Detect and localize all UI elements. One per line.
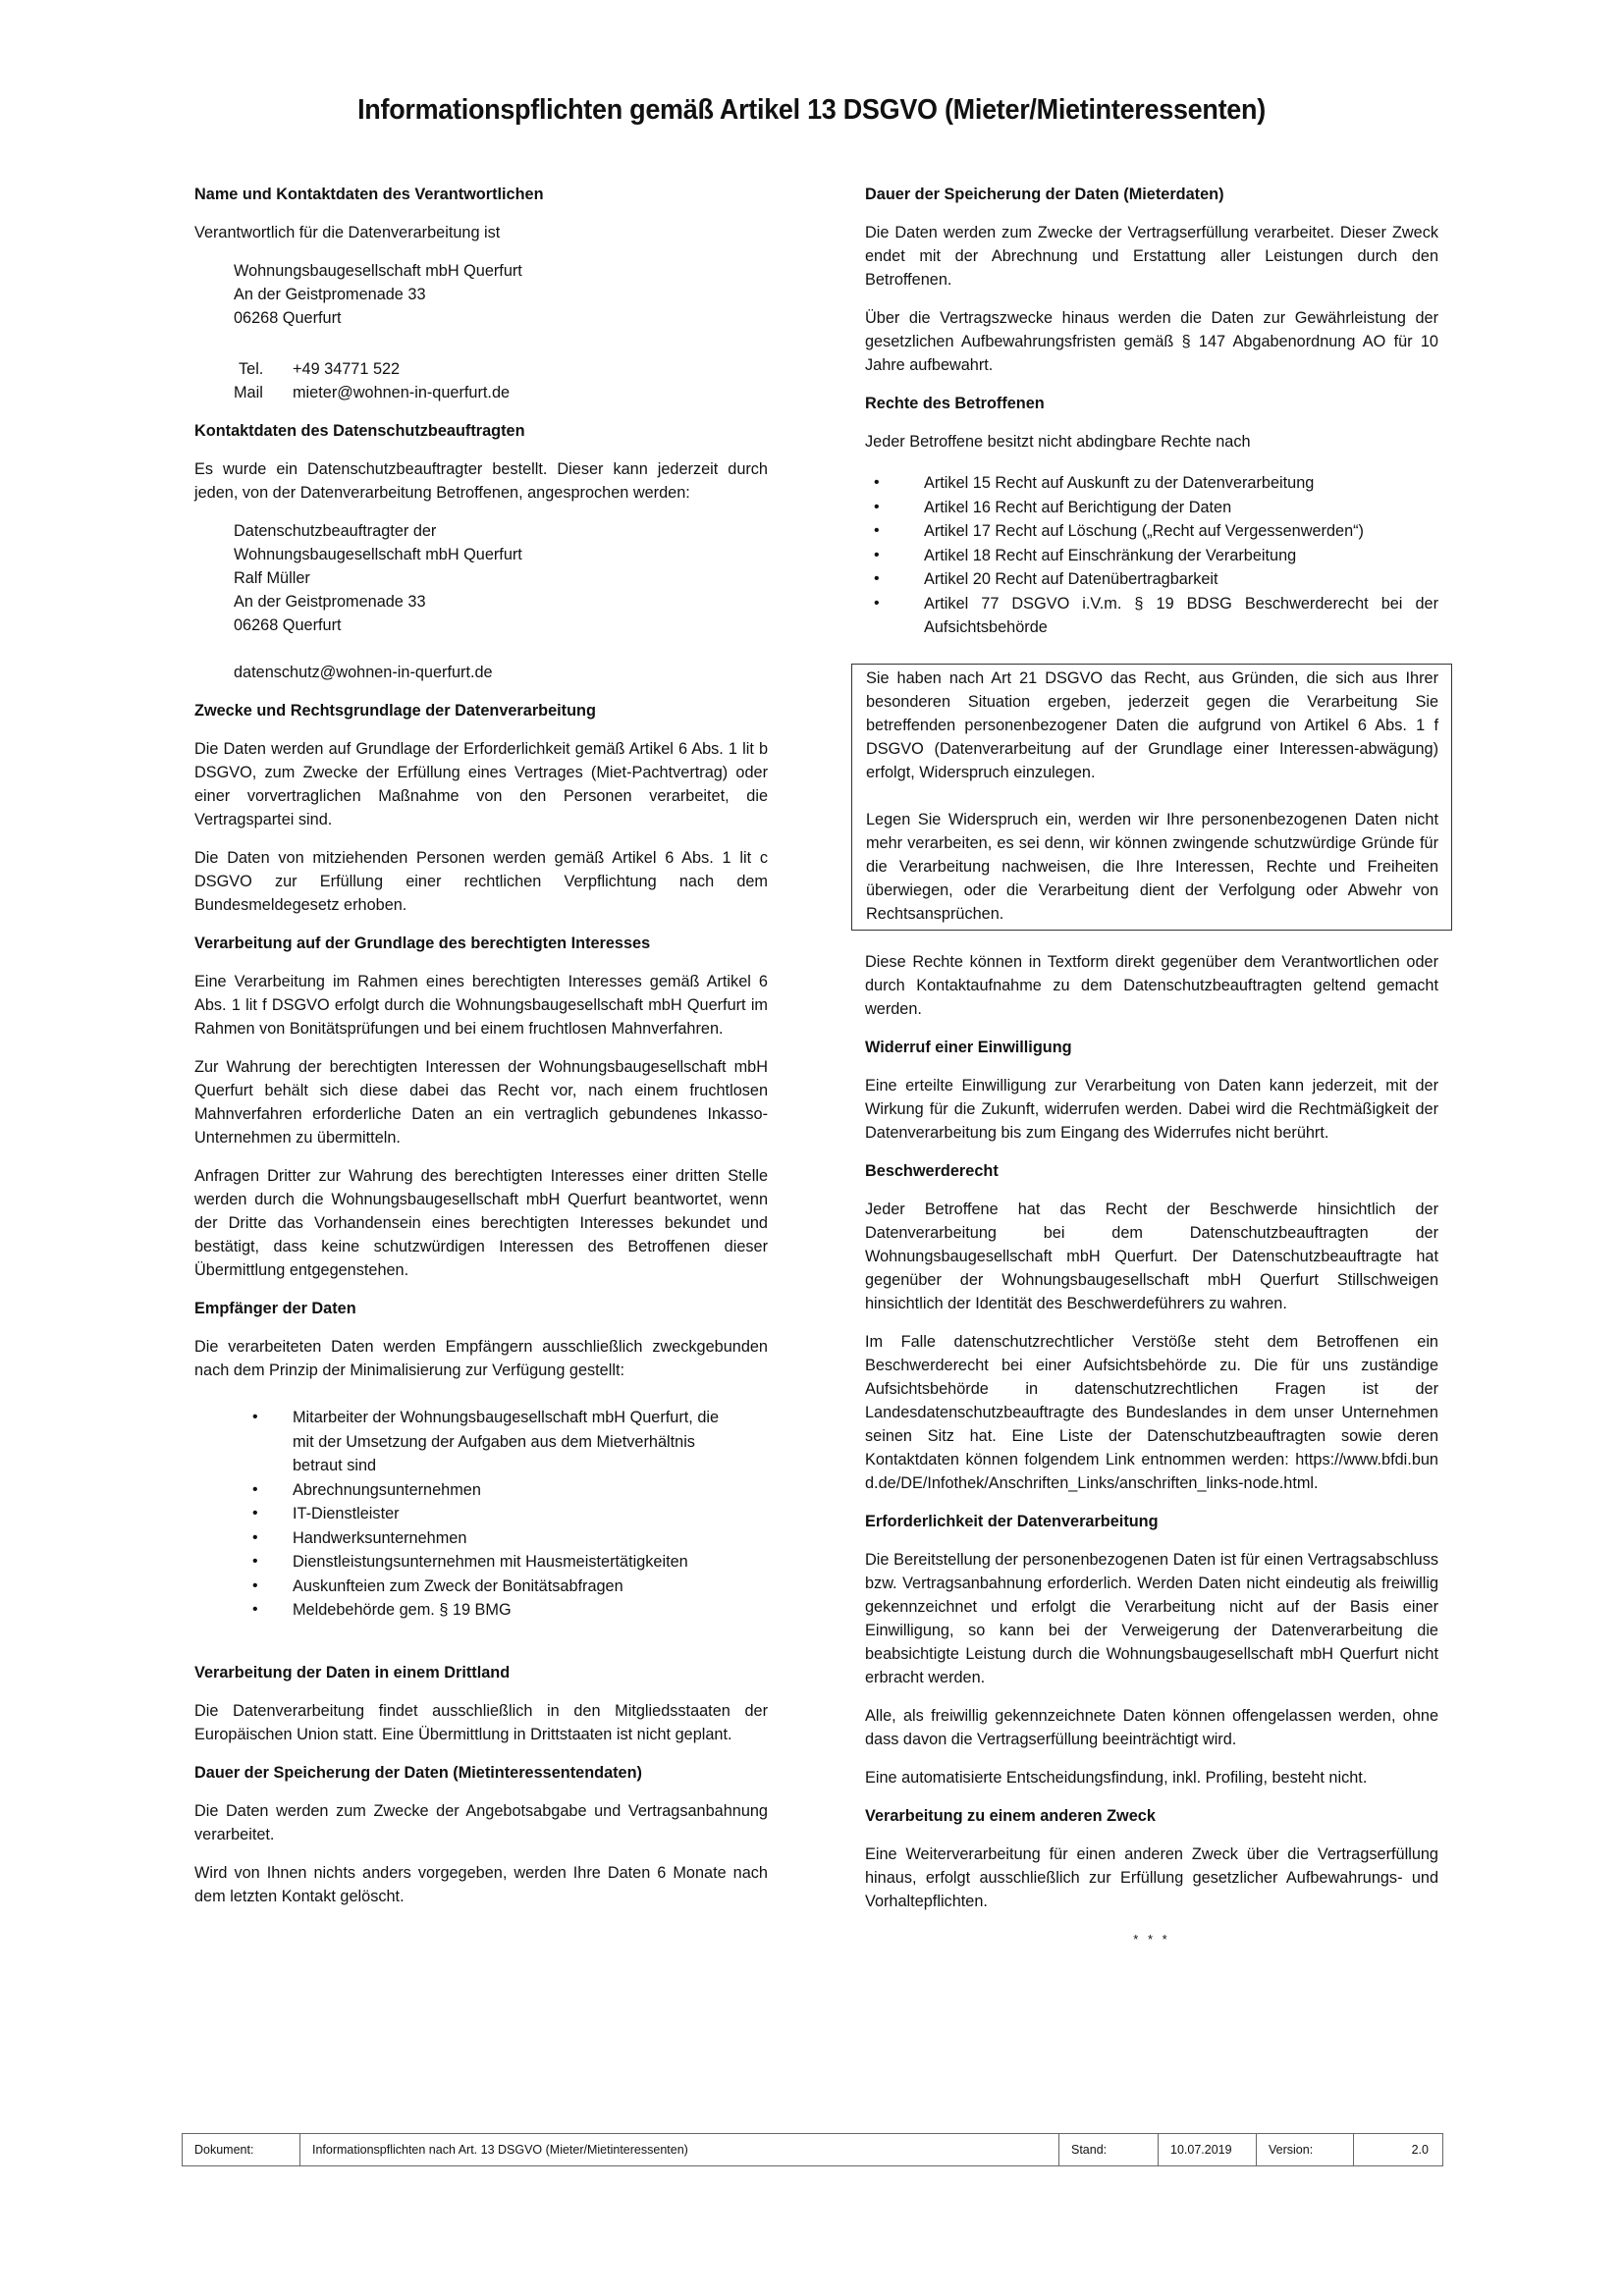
list-item: Mitarbeiter der Wohnungsbaugesellschaft … — [194, 1406, 768, 1478]
list-item: Artikel 77 DSGVO i.V.m. § 19 BDSG Beschw… — [865, 592, 1438, 640]
end-mark: * * * — [865, 1928, 1438, 1951]
paragraph: Legen Sie Widerspruch ein, werden wir Ih… — [866, 808, 1438, 926]
paragraph: Die Daten werden zum Zwecke der Vertrags… — [865, 221, 1438, 292]
section-other-purpose: Verarbeitung zu einem anderen Zweck Eine… — [865, 1804, 1438, 1913]
paragraph: Die Bereitstellung der personenbezogenen… — [865, 1548, 1438, 1689]
paragraph: Die Daten werden zum Zwecke der Angebots… — [194, 1799, 768, 1846]
section-withdrawal-consent: Widerruf einer Einwilligung Eine erteilt… — [865, 1036, 1438, 1145]
address-line: An der Geistpromenade 33 — [234, 283, 768, 306]
footer-stand-label: Stand: — [1059, 2134, 1159, 2165]
paragraph: Sie haben nach Art 21 DSGVO das Recht, a… — [866, 667, 1438, 784]
paragraph: Anfragen Dritter zur Wahrung des berecht… — [194, 1164, 768, 1282]
paragraph: Zur Wahrung der berechtigten Interessen … — [194, 1055, 768, 1149]
section-heading: Kontaktdaten des Datenschutzbeauftragten — [194, 419, 768, 443]
section-heading: Empfänger der Daten — [194, 1297, 768, 1320]
mail-row: Mail mieter@wohnen-in-querfurt.de — [234, 381, 768, 404]
list-item: Meldebehörde gem. § 19 BMG — [194, 1598, 768, 1623]
phone-label: Tel. — [234, 357, 293, 381]
paragraph: Diese Rechte können in Textform direkt g… — [865, 950, 1438, 1021]
address-line: An der Geistpromenade 33 — [234, 590, 768, 614]
paragraph: Eine Verarbeitung im Rahmen eines berech… — [194, 970, 768, 1041]
section-dpo-contact: Kontaktdaten des Datenschutzbeauftragten… — [194, 419, 768, 699]
address-line: Wohnungsbaugesellschaft mbH Querfurt — [234, 259, 768, 283]
phone-value: +49 34771 522 — [293, 357, 400, 381]
footer-stand-value: 10.07.2019 — [1159, 2134, 1257, 2165]
footer-doc-label: Dokument: — [183, 2134, 300, 2165]
left-column: Name und Kontaktdaten des Verantwortlich… — [194, 183, 768, 1923]
rights-list: Artikel 15 Recht auf Auskunft zu der Dat… — [865, 471, 1438, 640]
section-heading: Zwecke und Rechtsgrundlage der Datenvera… — [194, 699, 768, 722]
list-item: Artikel 20 Recht auf Datenübertragbarkei… — [865, 567, 1438, 592]
section-heading: Verarbeitung zu einem anderen Zweck — [865, 1804, 1438, 1828]
document-footer-table: Dokument: Informationspflichten nach Art… — [182, 2133, 1443, 2166]
section-heading: Name und Kontaktdaten des Verantwortlich… — [194, 183, 768, 206]
list-item: Artikel 15 Recht auf Auskunft zu der Dat… — [865, 471, 1438, 496]
paragraph: Die verarbeiteten Daten werden Empfänger… — [194, 1335, 768, 1382]
address-line: Wohnungsbaugesellschaft mbH Querfurt — [234, 543, 768, 566]
paragraph: Jeder Betroffene besitzt nicht abdingbar… — [865, 430, 1438, 454]
objection-notice-box: Sie haben nach Art 21 DSGVO das Recht, a… — [851, 664, 1452, 931]
section-heading: Widerruf einer Einwilligung — [865, 1036, 1438, 1059]
paragraph: Eine erteilte Einwilligung zur Verarbeit… — [865, 1074, 1438, 1145]
list-item: Artikel 16 Recht auf Berichtigung der Da… — [865, 496, 1438, 520]
list-item: Handwerksunternehmen — [194, 1526, 768, 1551]
address-line: Ralf Müller — [234, 566, 768, 590]
paragraph: Eine Weiterverarbeitung für einen andere… — [865, 1842, 1438, 1913]
section-heading: Dauer der Speicherung der Daten (Mieterd… — [865, 183, 1438, 206]
paragraph: Eine automatisierte Entscheidungsfindung… — [865, 1766, 1438, 1789]
paragraph: Wird von Ihnen nichts anders vorgegeben,… — [194, 1861, 768, 1908]
controller-address: Wohnungsbaugesellschaft mbH Querfurt An … — [194, 259, 768, 404]
section-purposes: Zwecke und Rechtsgrundlage der Datenvera… — [194, 699, 768, 917]
paragraph: Verantwortlich für die Datenverarbeitung… — [194, 221, 768, 244]
section-heading: Rechte des Betroffenen — [865, 392, 1438, 415]
phone-row: Tel. +49 34771 522 — [234, 357, 768, 381]
address-line: Datenschutzbeauftragter der — [234, 519, 768, 543]
paragraph-text: Im Falle datenschutzrechtlicher Verstöße… — [865, 1333, 1438, 1468]
section-recipients: Empfänger der Daten Die verarbeiteten Da… — [194, 1297, 768, 1623]
list-item: Auskunfteien zum Zweck der Bonitätsabfra… — [194, 1575, 768, 1599]
footer-version-label: Version: — [1257, 2134, 1354, 2165]
list-item: Artikel 18 Recht auf Einschränkung der V… — [865, 544, 1438, 568]
right-column: Dauer der Speicherung der Daten (Mieterd… — [865, 183, 1438, 1951]
document-title: Informationspflichten gemäß Artikel 13 D… — [57, 94, 1566, 127]
paragraph: Jeder Betroffene hat das Recht der Besch… — [865, 1198, 1438, 1315]
address-line: 06268 Querfurt — [234, 306, 768, 330]
section-third-country: Verarbeitung der Daten in einem Drittlan… — [194, 1661, 768, 1746]
mail-label: Mail — [234, 381, 293, 404]
dpo-address: Datenschutzbeauftragter der Wohnungsbaug… — [194, 519, 768, 684]
section-heading: Verarbeitung der Daten in einem Drittlan… — [194, 1661, 768, 1684]
section-heading: Dauer der Speicherung der Daten (Mietint… — [194, 1761, 768, 1785]
list-item: Artikel 17 Recht auf Löschung („Recht au… — [865, 519, 1438, 544]
section-necessity: Erforderlichkeit der Datenverarbeitung D… — [865, 1510, 1438, 1789]
section-heading: Verarbeitung auf der Grundlage des berec… — [194, 932, 768, 955]
paragraph: Die Daten von mitziehenden Personen werd… — [194, 846, 768, 917]
section-retention-tenants: Dauer der Speicherung der Daten (Mieterd… — [865, 183, 1438, 377]
address-line: 06268 Querfurt — [234, 614, 768, 637]
dpo-email[interactable]: datenschutz@wohnen-in-querfurt.de — [234, 661, 768, 684]
section-retention-prospects: Dauer der Speicherung der Daten (Mietint… — [194, 1761, 768, 1908]
paragraph: Es wurde ein Datenschutzbeauftragter bes… — [194, 457, 768, 505]
section-controller-contact: Name und Kontaktdaten des Verantwortlich… — [194, 183, 768, 419]
section-heading: Beschwerderecht — [865, 1159, 1438, 1183]
paragraph: Die Daten werden auf Grundlage der Erfor… — [194, 737, 768, 831]
paragraph: Im Falle datenschutzrechtlicher Verstöße… — [865, 1330, 1438, 1495]
list-item: IT-Dienstleister — [194, 1502, 768, 1526]
list-item: Abrechnungsunternehmen — [194, 1478, 768, 1503]
list-item: Dienstleistungsunternehmen mit Hausmeist… — [194, 1550, 768, 1575]
paragraph: Die Datenverarbeitung findet ausschließl… — [194, 1699, 768, 1746]
section-legitimate-interest: Verarbeitung auf der Grundlage des berec… — [194, 932, 768, 1282]
paragraph: Alle, als freiwillig gekennzeichnete Dat… — [865, 1704, 1438, 1751]
section-heading: Erforderlichkeit der Datenverarbeitung — [865, 1510, 1438, 1533]
footer-version-value: 2.0 — [1354, 2134, 1442, 2165]
section-data-subject-rights: Rechte des Betroffenen Jeder Betroffene … — [865, 392, 1438, 640]
paragraph: Über die Vertragszwecke hinaus werden di… — [865, 306, 1438, 377]
recipients-list: Mitarbeiter der Wohnungsbaugesellschaft … — [194, 1406, 768, 1623]
section-complaint-right: Beschwerderecht Jeder Betroffene hat das… — [865, 1159, 1438, 1495]
footer-doc-value: Informationspflichten nach Art. 13 DSGVO… — [300, 2134, 1059, 2165]
mail-value[interactable]: mieter@wohnen-in-querfurt.de — [293, 381, 510, 404]
